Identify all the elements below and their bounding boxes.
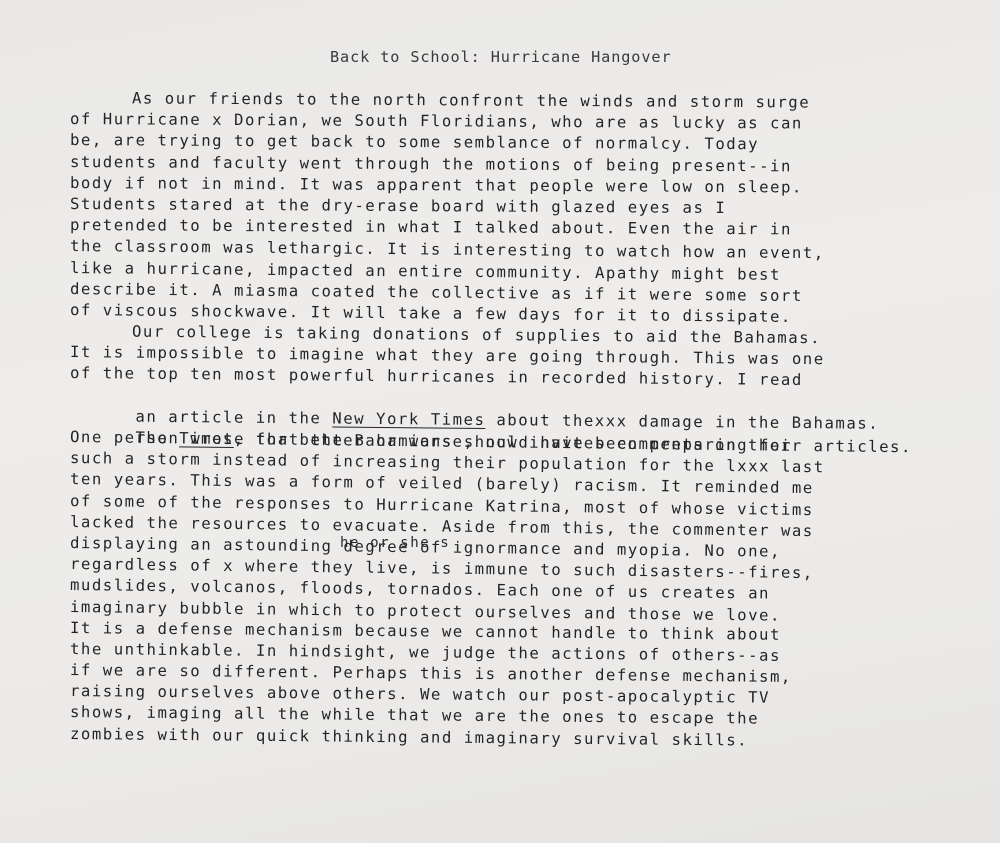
typewritten-page: Back to School: Hurricane Hangover As ou…	[0, 0, 1000, 843]
interlinear-insertion: he or she s	[340, 535, 450, 551]
page-title: Back to School: Hurricane Hangover	[330, 48, 671, 66]
body-text: As our friends to the north confront the…	[70, 88, 970, 745]
